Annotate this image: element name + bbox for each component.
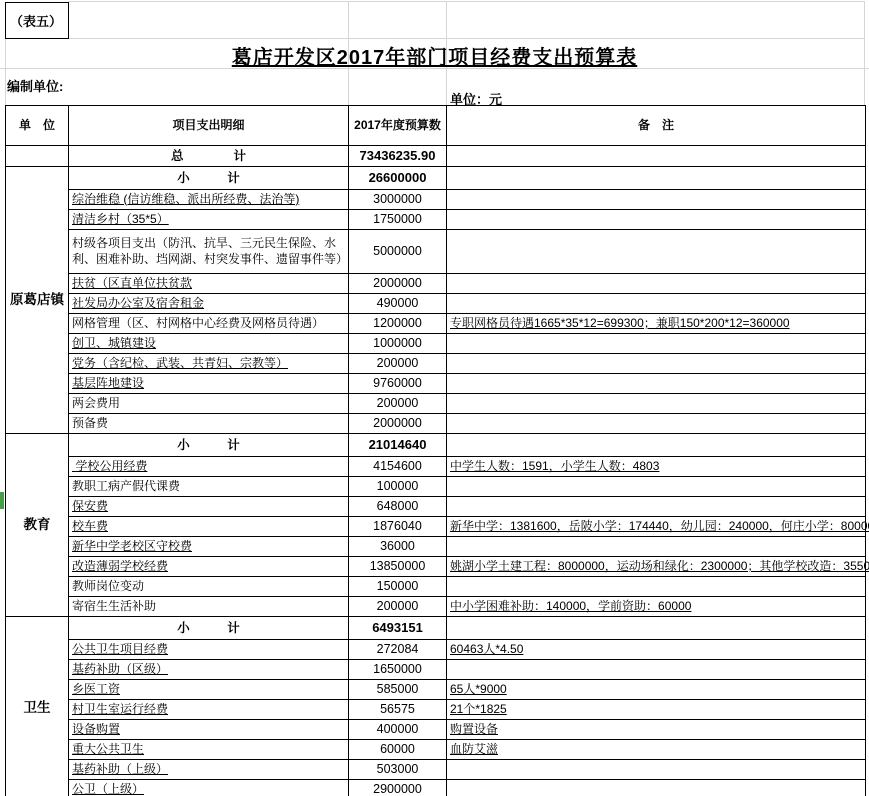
budget-table: 单 位 项目支出明细 2017年度预算数 备 注 总 计 73436235.90…	[5, 105, 866, 796]
amount-cell[interactable]: 503000	[349, 760, 447, 780]
table-row: 基层阵地建设9760000	[6, 374, 866, 394]
table-row: 党务（含纪检、武装、共青妇、宗教等）200000	[6, 354, 866, 374]
header-budget[interactable]: 2017年度预算数	[349, 106, 447, 146]
row-selection-marker	[0, 492, 4, 509]
corner-tag: （表五）	[10, 11, 62, 30]
remark-cell[interactable]: 21个*1825	[447, 700, 866, 720]
remark-cell[interactable]	[447, 660, 866, 680]
item-cell[interactable]: 预备费	[69, 414, 349, 434]
item-cell[interactable]: 村级各项目支出（防汛、抗旱、三元民生保险、水利、困难补助、垱网湖、村突发事件、遗…	[69, 230, 349, 274]
item-cell[interactable]: 校车费	[69, 517, 349, 537]
remark-cell[interactable]	[447, 334, 866, 354]
amount-cell[interactable]: 5000000	[349, 230, 447, 274]
remark-cell[interactable]	[447, 274, 866, 294]
remark-cell[interactable]: 专职网格员待遇1665*35*12=699300；兼职150*200*12=36…	[447, 314, 866, 334]
item-cell[interactable]: 新华中学老校区守校费	[69, 537, 349, 557]
section-label[interactable]: 卫生	[6, 617, 69, 796]
table-row: 改造薄弱学校经费13850000姚湖小学土建工程：8000000，运动场和绿化：…	[6, 557, 866, 577]
table-row: 公共卫生项目经费27208460463人*4.50	[6, 640, 866, 660]
amount-cell[interactable]: 272084	[349, 640, 447, 660]
header-remark[interactable]: 备 注	[447, 106, 866, 146]
total-amount-cell[interactable]: 73436235.90	[349, 146, 447, 167]
section-label[interactable]: 教育	[6, 434, 69, 617]
remark-cell[interactable]	[447, 354, 866, 374]
amount-cell[interactable]: 3000000	[349, 190, 447, 210]
subtotal-amount-cell[interactable]: 6493151	[349, 617, 447, 640]
remark-cell[interactable]: 中小学困难补助：140000，学前资助：60000	[447, 597, 866, 617]
amount-cell[interactable]: 490000	[349, 294, 447, 314]
total-unit-cell[interactable]	[6, 146, 69, 167]
subtotal-remark-cell[interactable]	[447, 167, 866, 190]
subtotal-row: 卫生小 计6493151	[6, 617, 866, 640]
section-label[interactable]: 原葛店镇	[6, 167, 69, 434]
remark-cell[interactable]	[447, 477, 866, 497]
item-cell[interactable]: 创卫、城镇建设	[69, 334, 349, 354]
remark-cell[interactable]	[447, 230, 866, 274]
table-row: 扶贫（区直单位扶贫款2000000	[6, 274, 866, 294]
subtotal-label-cell[interactable]: 小 计	[69, 167, 349, 190]
remark-cell[interactable]: 血防艾滋	[447, 740, 866, 760]
amount-cell[interactable]: 400000	[349, 720, 447, 740]
table-row: 网格管理（区、村网格中心经费及网格员待遇）1200000专职网格员待遇1665*…	[6, 314, 866, 334]
table-row: 社发局办公室及宿舍租金490000	[6, 294, 866, 314]
table-row: 校车费1876040新华中学：1381600，岳陂小学：174440，幼儿园：2…	[6, 517, 866, 537]
remark-cell[interactable]	[447, 210, 866, 230]
item-cell[interactable]: 扶贫（区直单位扶贫款	[69, 274, 349, 294]
amount-cell[interactable]: 56575	[349, 700, 447, 720]
item-cell[interactable]: 基药补助（区级）	[69, 660, 349, 680]
subtotal-label-cell[interactable]: 小 计	[69, 434, 349, 457]
amount-cell[interactable]: 1876040	[349, 517, 447, 537]
table-row: 教职工病产假代课费100000	[6, 477, 866, 497]
amount-cell[interactable]: 2000000	[349, 274, 447, 294]
amount-cell[interactable]: 1650000	[349, 660, 447, 680]
table-row: 村级各项目支出（防汛、抗旱、三元民生保险、水利、困难补助、垱网湖、村突发事件、遗…	[6, 230, 866, 274]
item-cell[interactable]: 社发局办公室及宿舍租金	[69, 294, 349, 314]
amount-cell[interactable]: 4154600	[349, 457, 447, 477]
amount-cell[interactable]: 200000	[349, 394, 447, 414]
amount-cell[interactable]: 1000000	[349, 334, 447, 354]
amount-cell[interactable]: 36000	[349, 537, 447, 557]
amount-cell[interactable]: 13850000	[349, 557, 447, 577]
item-cell[interactable]: 设备购置	[69, 720, 349, 740]
amount-cell[interactable]: 200000	[349, 354, 447, 374]
header-unit[interactable]: 单 位	[6, 106, 69, 146]
remark-cell[interactable]	[447, 190, 866, 210]
table-row: 教师岗位变动150000	[6, 577, 866, 597]
subtotal-row: 原葛店镇小 计26600000	[6, 167, 866, 190]
header-detail[interactable]: 项目支出明细	[69, 106, 349, 146]
header-row: 单 位 项目支出明细 2017年度预算数 备 注	[6, 106, 866, 146]
remark-cell[interactable]	[447, 497, 866, 517]
table-row: 创卫、城镇建设1000000	[6, 334, 866, 354]
table-row: 预备费2000000	[6, 414, 866, 434]
item-cell[interactable]: 教师岗位变动	[69, 577, 349, 597]
subtotal-amount-cell[interactable]: 26600000	[349, 167, 447, 190]
prepared-by-label: 编制单位:	[7, 76, 63, 95]
item-cell[interactable]: 公卫（上级）	[69, 780, 349, 796]
remark-cell[interactable]: 姚湖小学土建工程：8000000，运动场和绿化：2300000；其他学校改造：3…	[447, 557, 866, 577]
total-remark-cell[interactable]	[447, 146, 866, 167]
table-row: 重大公共卫生60000血防艾滋	[6, 740, 866, 760]
table-row: 乡医工资58500065人*9000	[6, 680, 866, 700]
amount-cell[interactable]: 1200000	[349, 314, 447, 334]
subtotal-amount-cell[interactable]: 21014640	[349, 434, 447, 457]
remark-cell[interactable]	[447, 577, 866, 597]
table-row: 村卫生室运行经费5657521个*1825	[6, 700, 866, 720]
subtotal-row: 教育小 计21014640	[6, 434, 866, 457]
item-cell[interactable]: 学校公用经费	[69, 457, 349, 477]
amount-cell[interactable]: 1750000	[349, 210, 447, 230]
remark-cell[interactable]: 新华中学：1381600，岳陂小学：174440，幼儿园：240000，何庄小学…	[447, 517, 866, 537]
remark-cell[interactable]	[447, 294, 866, 314]
item-cell[interactable]: 寄宿生生活补助	[69, 597, 349, 617]
gridline	[68, 1, 865, 2]
amount-cell[interactable]: 2000000	[349, 414, 447, 434]
table-row: 两会费用200000	[6, 394, 866, 414]
amount-cell[interactable]: 9760000	[349, 374, 447, 394]
amount-cell[interactable]: 100000	[349, 477, 447, 497]
sheet-title: 葛店开发区2017年部门项目经费支出预算表	[0, 41, 869, 70]
total-row: 总 计 73436235.90	[6, 146, 866, 167]
subtotal-remark-cell[interactable]	[447, 434, 866, 457]
amount-cell[interactable]: 60000	[349, 740, 447, 760]
table-row: 清洁乡村（35*5）1750000	[6, 210, 866, 230]
gridline	[68, 38, 865, 39]
remark-cell[interactable]	[447, 414, 866, 434]
table-row: 设备购置400000购置设备	[6, 720, 866, 740]
total-label-cell[interactable]: 总 计	[69, 146, 349, 167]
table-row: 公卫（上级）2900000	[6, 780, 866, 796]
item-cell[interactable]: 基层阵地建设	[69, 374, 349, 394]
item-cell[interactable]: 村卫生室运行经费	[69, 700, 349, 720]
table-row: 基药补助（区级）1650000	[6, 660, 866, 680]
table-row: 保安费648000	[6, 497, 866, 517]
table-row: 基药补助（上级）503000	[6, 760, 866, 780]
remark-cell[interactable]: 65人*9000	[447, 680, 866, 700]
remark-cell[interactable]: 购置设备	[447, 720, 866, 740]
item-cell[interactable]: 重大公共卫生	[69, 740, 349, 760]
table-row: 寄宿生生活补助200000中小学困难补助：140000，学前资助：60000	[6, 597, 866, 617]
remark-cell[interactable]	[447, 780, 866, 796]
item-cell[interactable]: 公共卫生项目经费	[69, 640, 349, 660]
item-cell[interactable]: 基药补助（上级）	[69, 760, 349, 780]
amount-cell[interactable]: 585000	[349, 680, 447, 700]
table-row: 新华中学老校区守校费36000	[6, 537, 866, 557]
item-cell[interactable]: 两会费用	[69, 394, 349, 414]
subtotal-remark-cell[interactable]	[447, 617, 866, 640]
item-cell[interactable]: 清洁乡村（35*5）	[69, 210, 349, 230]
amount-cell[interactable]: 150000	[349, 577, 447, 597]
amount-cell[interactable]: 2900000	[349, 780, 447, 796]
item-cell[interactable]: 保安费	[69, 497, 349, 517]
amount-cell[interactable]: 200000	[349, 597, 447, 617]
amount-cell[interactable]: 648000	[349, 497, 447, 517]
table-row: 综治维稳 (信访维稳、派出所经费、法治等)3000000	[6, 190, 866, 210]
remark-cell[interactable]: 60463人*4.50	[447, 640, 866, 660]
item-cell[interactable]: 改造薄弱学校经费	[69, 557, 349, 577]
remark-cell[interactable]	[447, 394, 866, 414]
item-cell[interactable]: 综治维稳 (信访维稳、派出所经费、法治等)	[69, 190, 349, 210]
remark-cell[interactable]: 中学生人数：1591，小学生人数：4803	[447, 457, 866, 477]
remark-cell[interactable]	[447, 537, 866, 557]
item-cell[interactable]: 党务（含纪检、武装、共青妇、宗教等）	[69, 354, 349, 374]
table-row: 学校公用经费4154600中学生人数：1591，小学生人数：4803	[6, 457, 866, 477]
remark-cell[interactable]	[447, 374, 866, 394]
corner-tag-cell[interactable]: （表五）	[5, 2, 69, 39]
remark-cell[interactable]	[447, 760, 866, 780]
item-cell[interactable]: 教职工病产假代课费	[69, 477, 349, 497]
subtotal-label-cell[interactable]: 小 计	[69, 617, 349, 640]
item-cell[interactable]: 网格管理（区、村网格中心经费及网格员待遇）	[69, 314, 349, 334]
item-cell[interactable]: 乡医工资	[69, 680, 349, 700]
